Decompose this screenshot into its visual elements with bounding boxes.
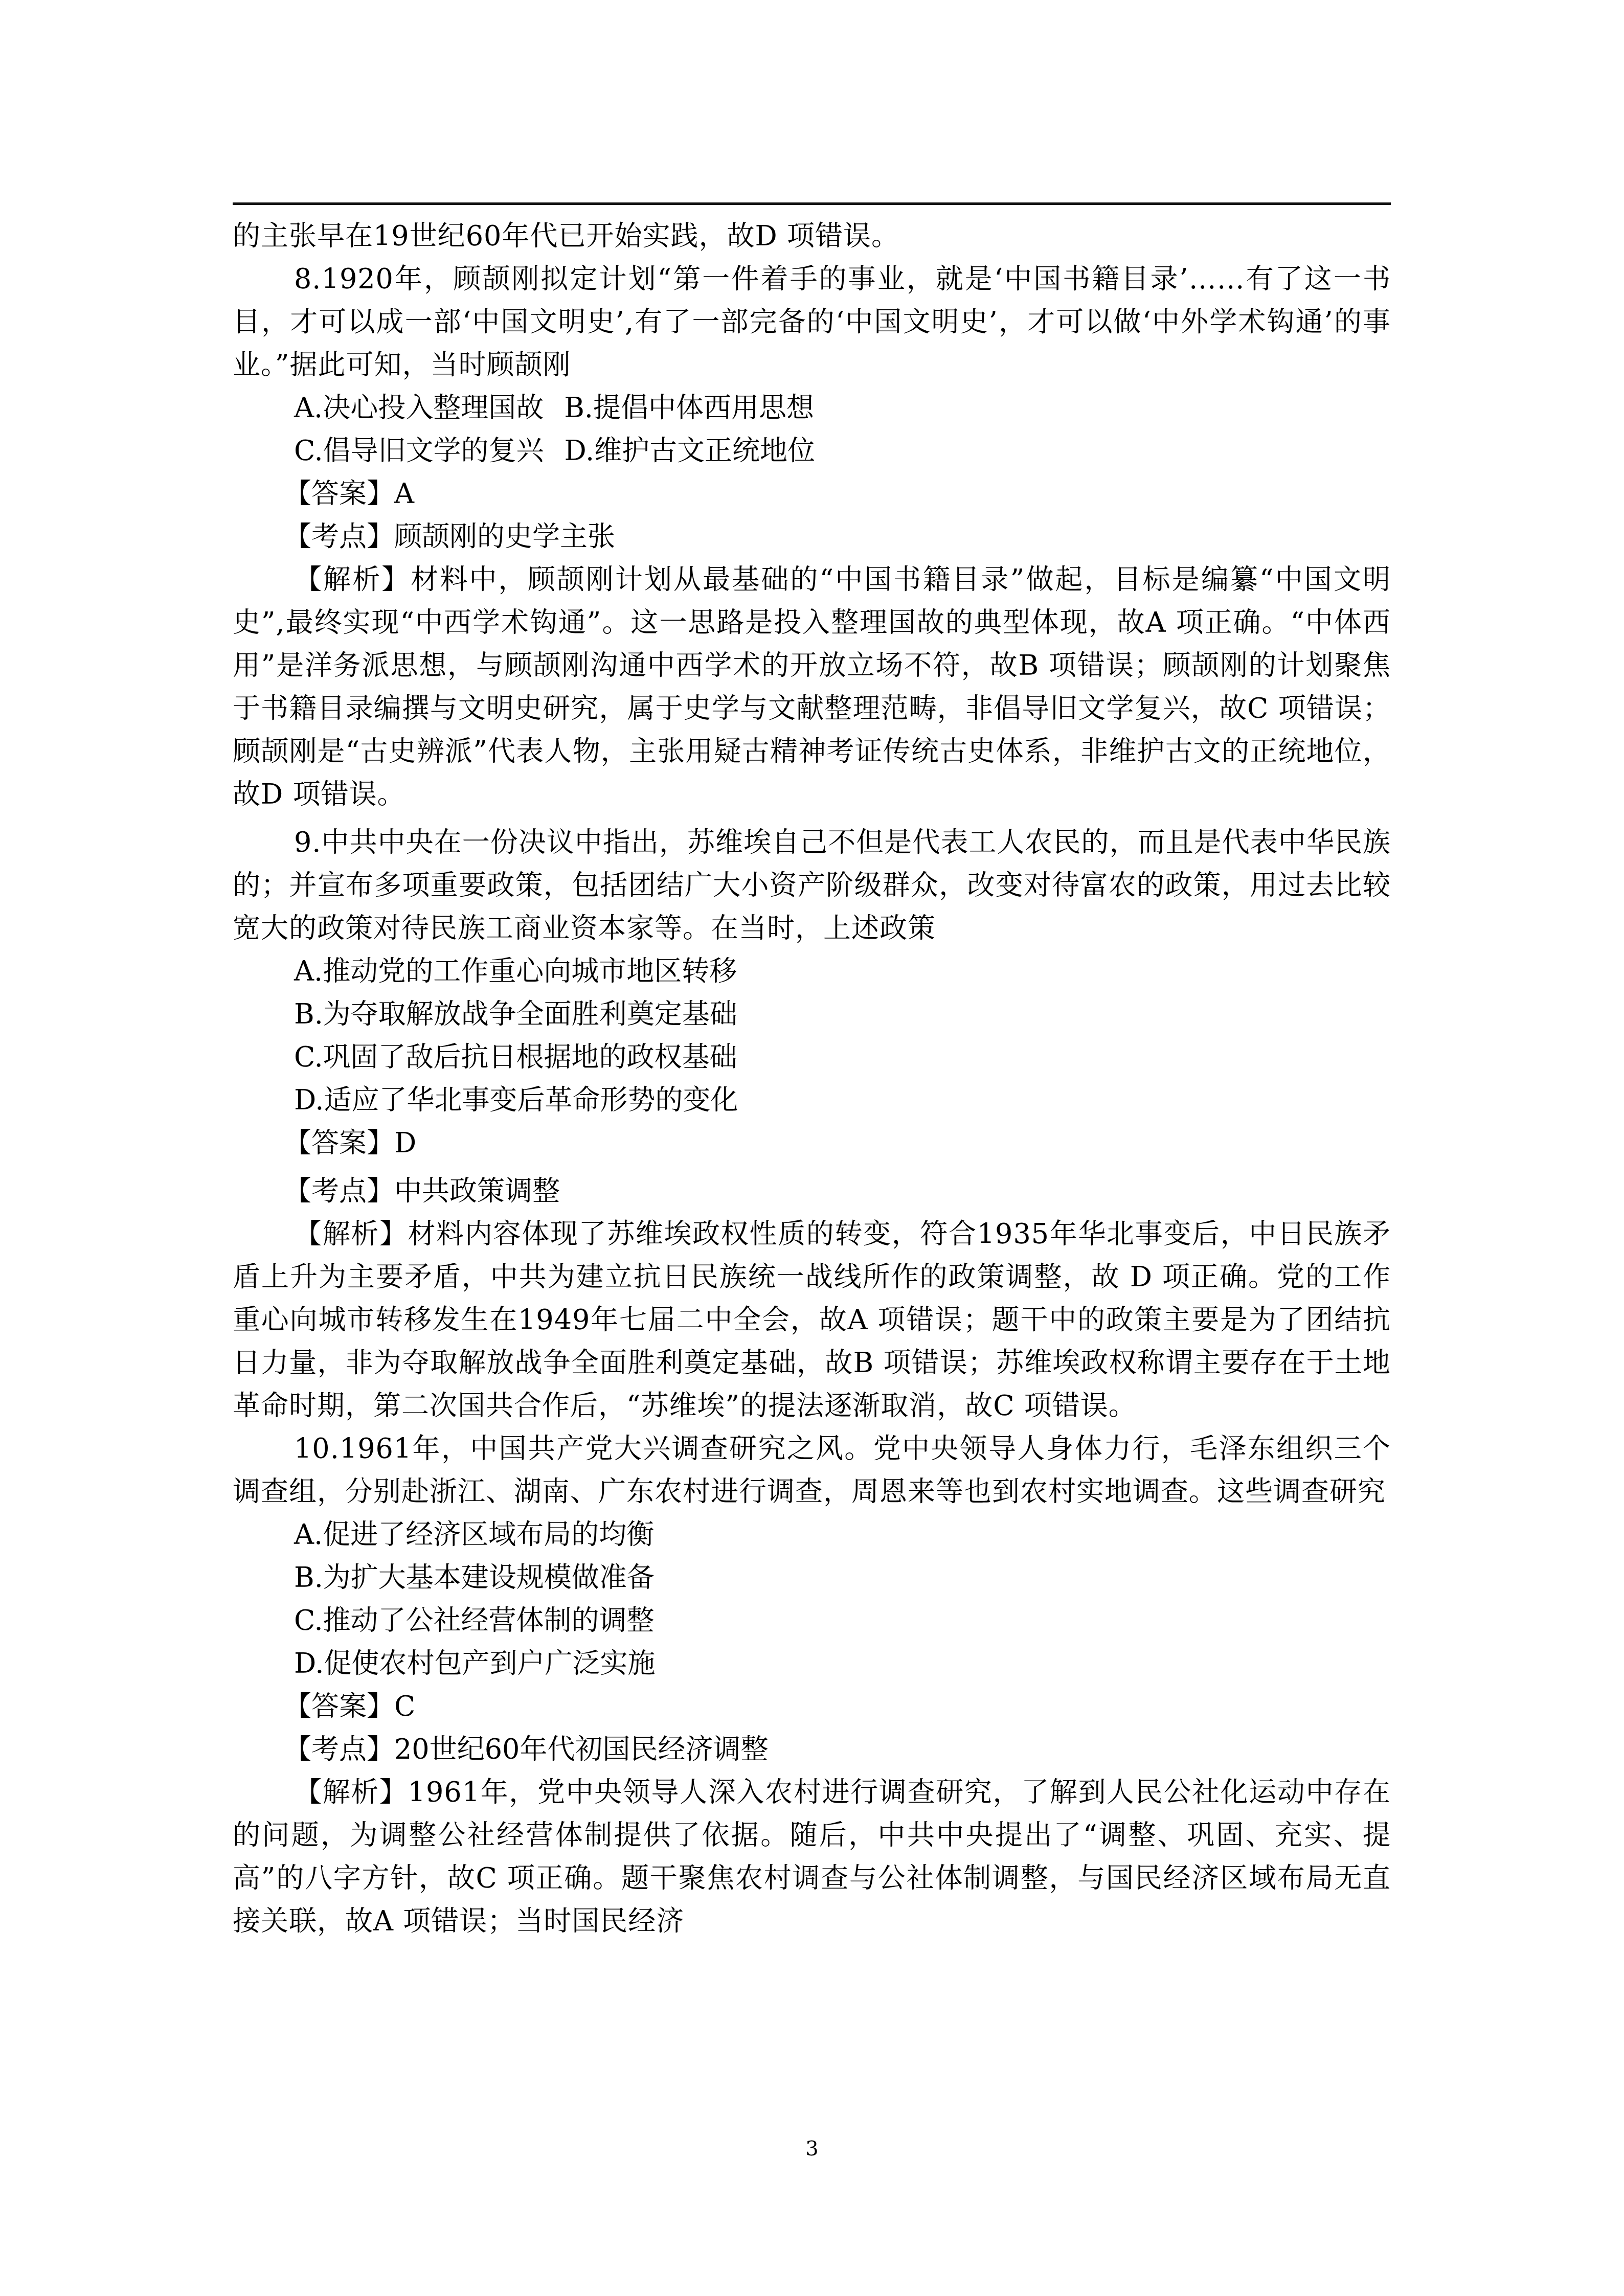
option-c: C.推动了公社经营体制的调整: [233, 1599, 1391, 1642]
answer: 【答案】C: [233, 1685, 1391, 1728]
question-9: 9.中共中央在一份决议中指出，苏维埃自己不但是代表工人农民的，而且是代表中华民族…: [233, 821, 1391, 1427]
option-d: D.促使农村包产到户广泛实施: [233, 1642, 1391, 1685]
key-point: 【考点】20世纪60年代初国民经济调整: [233, 1728, 1391, 1771]
answer: 【答案】A: [233, 472, 1391, 515]
option-a: A.促进了经济区域布局的均衡: [233, 1513, 1391, 1556]
options-row-cd: C.倡导旧文学的复兴D.维护古文正统地位: [233, 429, 1391, 472]
options-row-ab: A.决心投入整理国故B.提倡中体西用思想: [233, 387, 1391, 429]
analysis: 【解析】材料内容体现了苏维埃政权性质的转变，符合1935年华北事变后，中日民族矛…: [233, 1213, 1391, 1427]
option-c: C.巩固了敌后抗日根据地的政权基础: [233, 1036, 1391, 1079]
option-d: D.维护古文正统地位: [565, 435, 816, 467]
question-8: 8.1920年，顾颉刚拟定计划“第一件着手的事业，就是‘中国书籍目录’……有了这…: [233, 258, 1391, 816]
analysis: 【解析】1961年，党中央领导人深入农村进行调查研究，了解到人民公社化运动中存在…: [233, 1771, 1391, 1943]
carry-over-text: 的主张早在19世纪60年代已开始实践，故D 项错误。: [233, 215, 1391, 258]
question-10: 10.1961年，中国共产党大兴调查研究之风。党中央领导人身体力行，毛泽东组织三…: [233, 1427, 1391, 1943]
key-point: 【考点】顾颉刚的史学主张: [233, 515, 1391, 558]
option-a: A.推动党的工作重心向城市地区转移: [233, 950, 1391, 993]
question-stem: 8.1920年，顾颉刚拟定计划“第一件着手的事业，就是‘中国书籍目录’……有了这…: [233, 258, 1391, 387]
key-point: 【考点】中共政策调整: [233, 1170, 1391, 1213]
option-a: A.决心投入整理国故: [294, 392, 544, 424]
option-d: D.适应了华北事变后革命形势的变化: [233, 1079, 1391, 1122]
option-b: B.提倡中体西用思想: [564, 392, 814, 424]
question-stem: 10.1961年，中国共产党大兴调查研究之风。党中央领导人身体力行，毛泽东组织三…: [233, 1427, 1391, 1513]
option-b: B.为扩大基本建设规模做准备: [233, 1556, 1391, 1599]
answer: 【答案】D: [233, 1122, 1391, 1165]
page-number: 3: [0, 2137, 1624, 2161]
analysis: 【解析】材料中，顾颉刚计划从最基础的“中国书籍目录”做起，目标是编纂“中国文明史…: [233, 558, 1391, 816]
question-stem: 9.中共中央在一份决议中指出，苏维埃自己不但是代表工人农民的，而且是代表中华民族…: [233, 821, 1391, 950]
option-c: C.倡导旧文学的复兴: [294, 435, 544, 467]
option-b: B.为夺取解放战争全面胜利奠定基础: [233, 993, 1391, 1036]
document-page: 的主张早在19世纪60年代已开始实践，故D 项错误。 8.1920年，顾颉刚拟定…: [233, 215, 1391, 1943]
header-rule: [233, 202, 1391, 205]
